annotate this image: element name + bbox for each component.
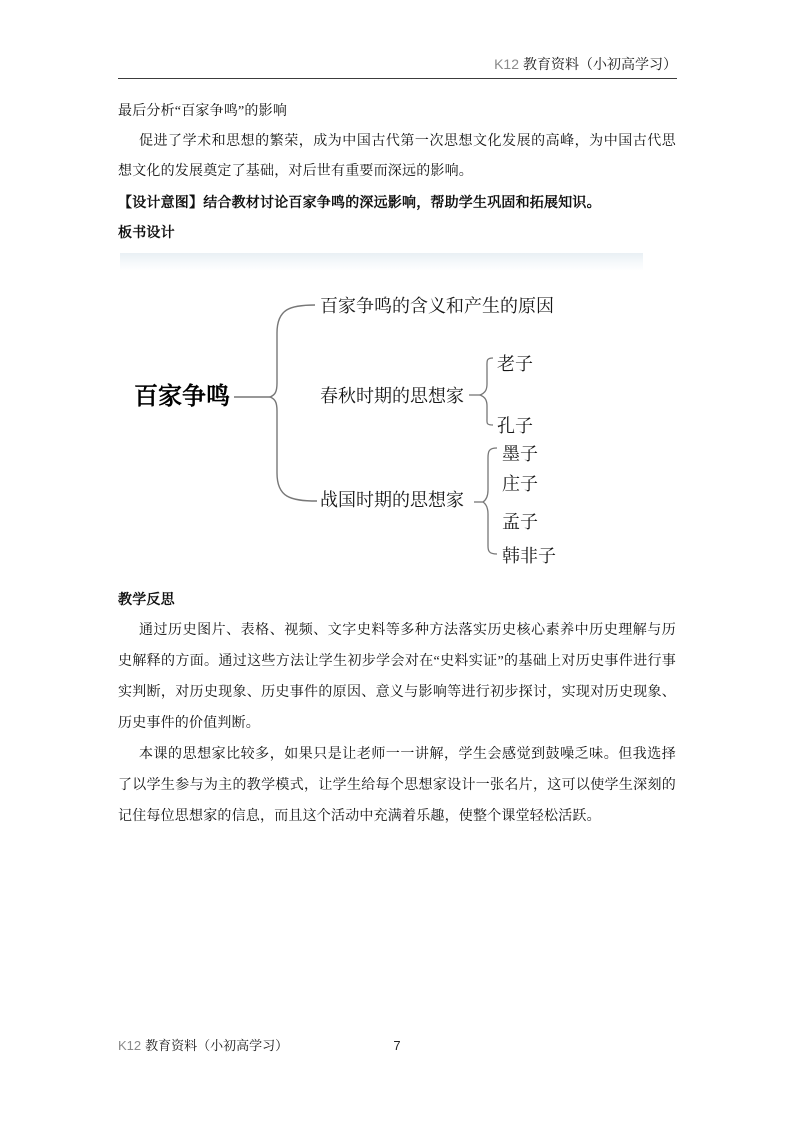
reflection-paragraph-2: 本课的思想家比较多，如果只是让老师一一讲解，学生会感觉到鼓噪乏味。但我选择了以学…	[118, 739, 676, 832]
footer-brand: K12教育资料（小初高学习）	[118, 1038, 288, 1054]
body-content: 最后分析“百家争鸣”的影响 促进了学术和思想的繁荣，成为中国古代第一次思想文化发…	[118, 97, 676, 247]
intro-line: 最后分析“百家争鸣”的影响	[118, 97, 676, 127]
reflection-section: 教学反思 通过历史图片、表格、视频、文字史料等多种方法落实历史核心素养中历史理解…	[118, 584, 676, 832]
page-footer: K12教育资料（小初高学习） 7	[118, 1038, 676, 1054]
header-brand-text: 教育资料（小初高学习）	[523, 56, 677, 72]
thinker-zhuangzi: 庄子	[502, 475, 538, 493]
diagram-branch-definition: 百家争鸣的含义和产生的原因	[320, 297, 554, 315]
thinker-mozi: 墨子	[502, 445, 538, 463]
thinker-kongzi: 孔子	[497, 417, 533, 435]
diagram-branch-spring-autumn: 春秋时期的思想家	[320, 387, 464, 405]
thinker-laozi: 老子	[497, 355, 533, 373]
footer-brand-text: 教育资料（小初高学习）	[145, 1038, 288, 1053]
page-header: K12教育资料（小初高学习）	[118, 56, 677, 79]
root-brace	[270, 305, 317, 501]
document-page: K12教育资料（小初高学习） 最后分析“百家争鸣”的影响 促进了学术和思想的繁荣…	[0, 0, 794, 1123]
thinker-hanfeizi: 韩非子	[502, 547, 556, 565]
reflection-heading: 教学反思	[118, 584, 676, 615]
board-design-diagram: 百家争鸣 百家争鸣的含义和产生的原因 春秋时期的思想家 战国时期的思想家 老子 …	[118, 253, 676, 578]
design-intent-line: 【设计意图】结合教材讨论百家争鸣的深远影响，帮助学生巩固和拓展知识。	[118, 187, 676, 217]
spring-autumn-brace	[480, 358, 493, 425]
reflection-paragraph-1: 通过历史图片、表格、视频、文字史料等多种方法落实历史核心素养中历史理解与历史解释…	[118, 615, 676, 739]
footer-brand-prefix: K12	[118, 1038, 141, 1053]
thinker-mengzi: 孟子	[502, 513, 538, 531]
warring-states-brace	[483, 448, 497, 554]
impact-paragraph: 促进了学术和思想的繁荣，成为中国古代第一次思想文化发展的高峰，为中国古代思想文化…	[118, 127, 676, 187]
diagram-branch-warring-states: 战国时期的思想家	[320, 491, 464, 509]
board-design-heading: 板书设计	[118, 217, 676, 247]
header-brand-prefix: K12	[494, 56, 519, 72]
diagram-root-label: 百家争鸣	[134, 384, 230, 410]
